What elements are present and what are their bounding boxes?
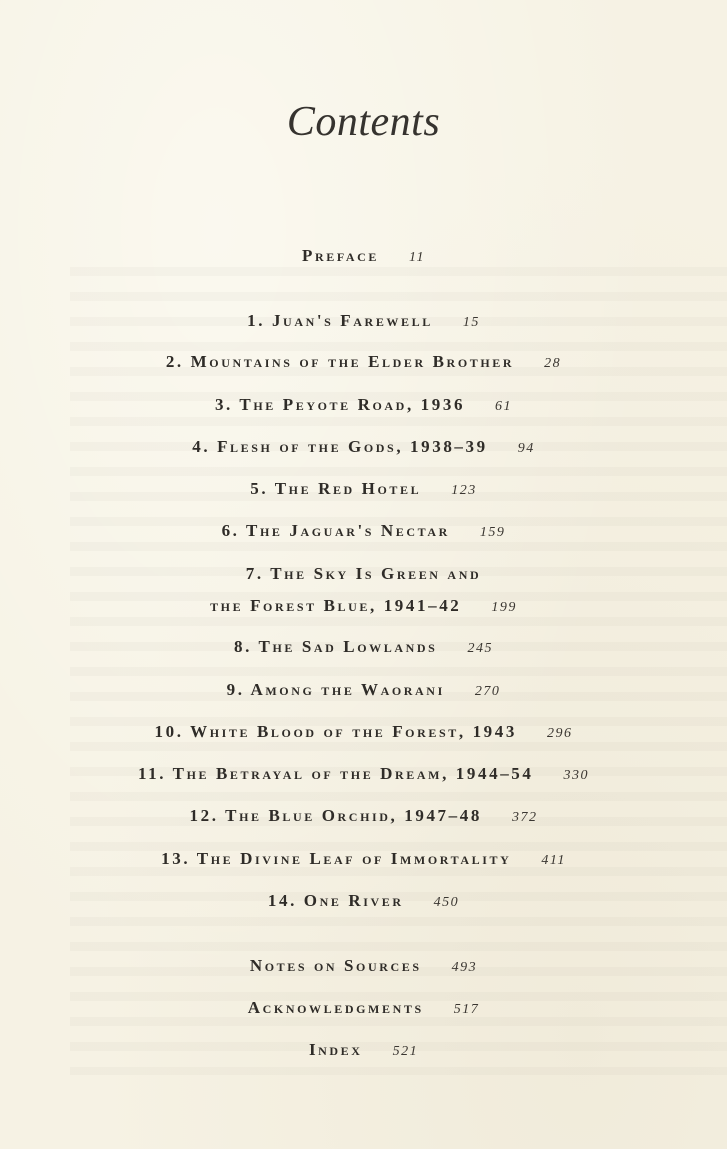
toc-entry-page: 372 [512, 810, 538, 825]
toc-entry-page: 245 [467, 641, 493, 656]
toc-entry-label: the Forest Blue, 1941–42 [210, 596, 461, 615]
toc-entry-page: 411 [541, 853, 565, 868]
toc-entry-page: 123 [451, 483, 477, 498]
toc-entry-label: 14. One River [268, 891, 404, 910]
toc-entry-acknowledgments[interactable]: Acknowledgments517 [0, 998, 727, 1020]
toc-entry-label: Acknowledgments [248, 998, 424, 1017]
toc-entry-page: 330 [564, 768, 590, 783]
toc-entry-label: 12. The Blue Orchid, 1947–48 [190, 806, 482, 825]
toc-entry-label: 4. Flesh of the Gods, 1938–39 [192, 437, 487, 456]
toc-entry-chapter-13[interactable]: 13. The Divine Leaf of Immortality411 [0, 849, 727, 871]
toc-entry-page: 296 [547, 726, 573, 741]
toc-entry-label: 6. The Jaguar's Nectar [222, 521, 450, 540]
toc-entry-label: Index [309, 1040, 363, 1059]
toc-entry-notes-on-sources[interactable]: Notes on Sources493 [0, 956, 727, 978]
toc-entry-chapter-6[interactable]: 6. The Jaguar's Nectar159 [0, 521, 727, 543]
toc-entry-chapter-2[interactable]: 2. Mountains of the Elder Brother28 [0, 352, 727, 374]
toc-entry-label: 13. The Divine Leaf of Immortality [161, 849, 511, 868]
toc-entry-chapter-9[interactable]: 9. Among the Waorani270 [0, 680, 727, 702]
toc-entry-page: 11 [409, 250, 425, 265]
toc-entry-page: 61 [495, 399, 512, 414]
toc-entry-page: 199 [491, 600, 517, 615]
toc-entry-page: 450 [434, 895, 460, 910]
toc-entry-chapter-1[interactable]: 1. Juan's Farewell15 [0, 311, 727, 333]
toc-entry-page: 159 [480, 525, 506, 540]
toc-entry-label: 2. Mountains of the Elder Brother [166, 352, 514, 371]
toc-entry-chapter-10[interactable]: 10. White Blood of the Forest, 1943296 [0, 722, 727, 744]
toc-entry-label: 8. The Sad Lowlands [234, 637, 437, 656]
toc-entry-label: Preface [302, 246, 379, 265]
toc-entry-chapter-14[interactable]: 14. One River450 [0, 891, 727, 913]
toc-entry-chapter-12[interactable]: 12. The Blue Orchid, 1947–48372 [0, 806, 727, 828]
toc-entry-label: 1. Juan's Farewell [247, 311, 433, 330]
toc-entry-label: 9. Among the Waorani [227, 680, 445, 699]
toc-entry-chapter-5[interactable]: 5. The Red Hotel123 [0, 479, 727, 501]
toc-entry-index[interactable]: Index521 [0, 1040, 727, 1062]
toc-entry-page: 493 [452, 960, 478, 975]
toc-entry-page: 94 [518, 441, 535, 456]
toc-entry-label: 11. The Betrayal of the Dream, 1944–54 [138, 764, 534, 783]
toc-entry-label: Notes on Sources [250, 956, 422, 975]
toc-entry-page: 521 [393, 1044, 419, 1059]
toc-entry-chapter-11[interactable]: 11. The Betrayal of the Dream, 1944–5433… [0, 764, 727, 786]
toc-entry-label: 5. The Red Hotel [250, 479, 421, 498]
toc-entry-chapter-7-line-2[interactable]: the Forest Blue, 1941–42199 [0, 596, 727, 618]
toc-entry-chapter-4[interactable]: 4. Flesh of the Gods, 1938–3994 [0, 437, 727, 459]
toc-entry-page: 270 [475, 684, 501, 699]
toc-entry-page: 517 [454, 1002, 480, 1017]
toc-entry-label: 3. The Peyote Road, 1936 [215, 395, 465, 414]
toc-entry-chapter-8[interactable]: 8. The Sad Lowlands245 [0, 637, 727, 659]
toc-entry-chapter-7-line-1[interactable]: 7. The Sky Is Green and [0, 564, 727, 585]
toc-entry-page: 28 [544, 356, 561, 371]
page-title: Contents [0, 98, 727, 146]
toc-entry-label: 7. The Sky Is Green and [246, 564, 481, 583]
toc-entry-label: 10. White Blood of the Forest, 1943 [155, 722, 517, 741]
toc-entry-preface[interactable]: Preface11 [0, 246, 727, 268]
toc-entry-chapter-3[interactable]: 3. The Peyote Road, 193661 [0, 395, 727, 417]
toc-entry-page: 15 [463, 315, 480, 330]
